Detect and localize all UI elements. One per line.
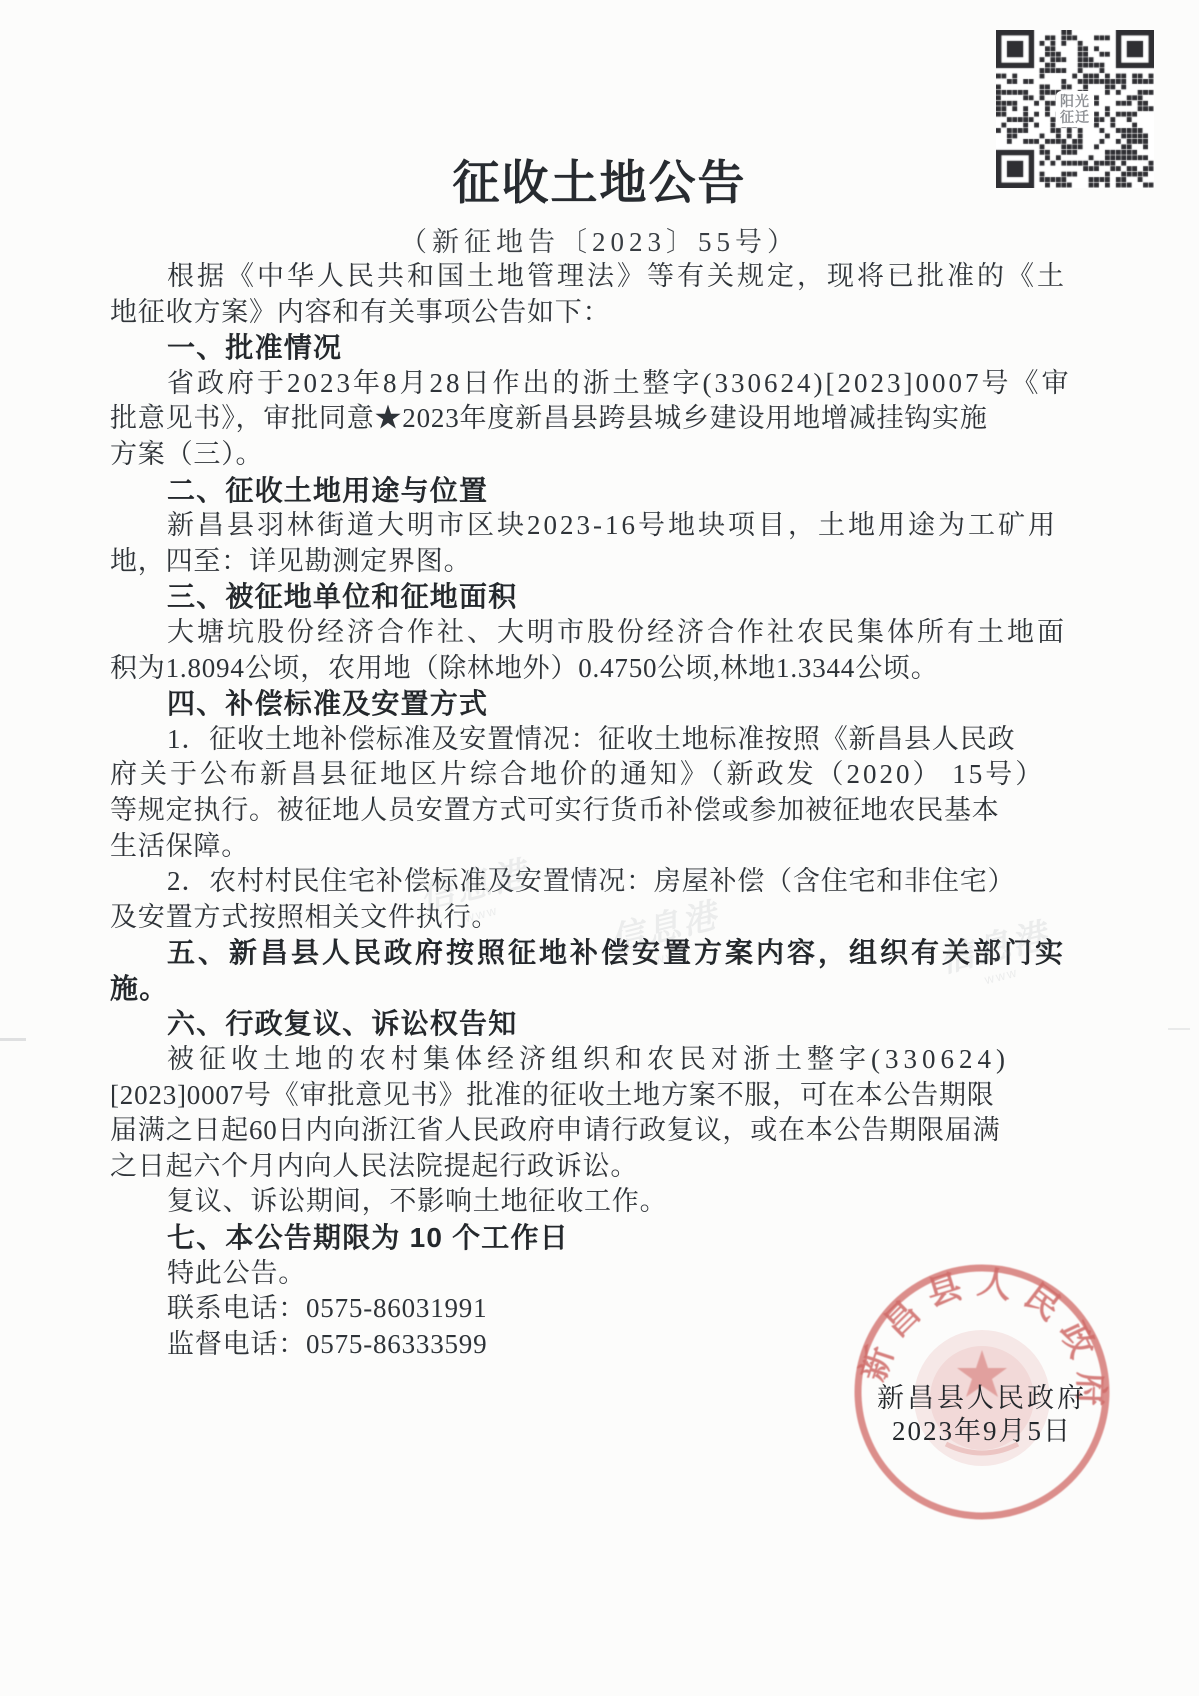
document-number: （新征地告〔2023〕55号） — [0, 220, 1199, 259]
issue-date: 2023年9月5日 — [846, 1415, 1118, 1448]
body-line: 三、被征地单位和征地面积 — [110, 579, 1100, 615]
body-line: 四、补偿标准及安置方式 — [110, 686, 1100, 722]
qr-label-line2: 征迁 — [1060, 109, 1090, 125]
body-line: 六、行政复议、诉讼权告知 — [110, 1006, 1100, 1042]
body-line: 府关于公布新昌县征地区片综合地价的通知》（新政发（2020） 15号） — [110, 757, 1100, 793]
body-line: 积为1.8094公顷，农用地（除林地外）0.4750公顷,林地1.3344公顷。 — [110, 651, 1100, 687]
body-line: 之日起六个月内向人民法院提起行政诉讼。 — [110, 1149, 1100, 1185]
body-line: 1．征收土地补偿标准及安置情况：征收土地标准按照《新昌县人民政 — [110, 722, 1100, 758]
body-line: 地征收方案》内容和有关事项公告如下： — [110, 295, 1100, 331]
body-line: 一、批准情况 — [110, 330, 1100, 366]
qr-center-label: 阳光 征迁 — [1056, 91, 1094, 127]
body-line: 及安置方式按照相关文件执行。 — [110, 900, 1100, 936]
body-text: 根据《中华人民共和国土地管理法》等有关规定，现将已批准的《土地征收方案》内容和有… — [110, 259, 1100, 1362]
body-line: [2023]0007号《审批意见书》批准的征收土地方案不服，可在本公告期限 — [110, 1078, 1100, 1114]
body-line: 省政府于2023年8月28日作出的浙土整字(330624)[2023]0007号… — [110, 366, 1100, 402]
body-line: 生活保障。 — [110, 829, 1100, 865]
body-line: 七、本公告期限为 10 个工作日 — [110, 1220, 1100, 1256]
body-line: 被征收土地的农村集体经济组织和农民对浙土整字(330624) — [110, 1042, 1100, 1078]
page-title: 征收土地公告 — [0, 146, 1199, 213]
body-line: 等规定执行。被征地人员安置方式可实行货币补偿或参加被征地农民基本 — [110, 793, 1100, 829]
body-line: 五、新昌县人民政府按照征地补偿安置方案内容，组织有关部门实 — [110, 935, 1100, 971]
body-line: 大塘坑股份经济合作社、大明市股份经济合作社农民集体所有土地面 — [110, 615, 1100, 651]
body-line: 方案（三）。 — [110, 437, 1100, 473]
body-line: 届满之日起60日内向浙江省人民政府申请行政复议，或在本公告期限届满 — [110, 1113, 1100, 1149]
signature-block: 新昌县人民政府 2023年9月5日 — [846, 1382, 1118, 1448]
scan-artifact — [1168, 1028, 1190, 1030]
qr-label-line1: 阳光 — [1060, 93, 1090, 109]
body-line: 根据《中华人民共和国土地管理法》等有关规定，现将已批准的《土 — [110, 259, 1100, 295]
announcement-page: 阳光 征迁 征收土地公告 （新征地告〔2023〕55号） 根据《中华人民共和国土… — [0, 0, 1199, 1696]
body-line: 二、征收土地用途与位置 — [110, 473, 1100, 509]
body-line: 地，四至：详见勘测定界图。 — [110, 544, 1100, 580]
body-line: 批意见书》，审批同意★2023年度新昌县跨县城乡建设用地增减挂钩实施 — [110, 401, 1100, 437]
body-line: 施。 — [110, 971, 1100, 1007]
scan-artifact — [0, 1038, 26, 1041]
body-line: 复议、诉讼期间，不影响土地征收工作。 — [110, 1184, 1100, 1220]
issuing-agency: 新昌县人民政府 — [846, 1382, 1118, 1415]
body-line: 2．农村村民住宅补偿标准及安置情况：房屋补偿（含住宅和非住宅） — [110, 864, 1100, 900]
body-line: 新昌县羽林街道大明市区块2023-16号地块项目，土地用途为工矿用 — [110, 508, 1100, 544]
